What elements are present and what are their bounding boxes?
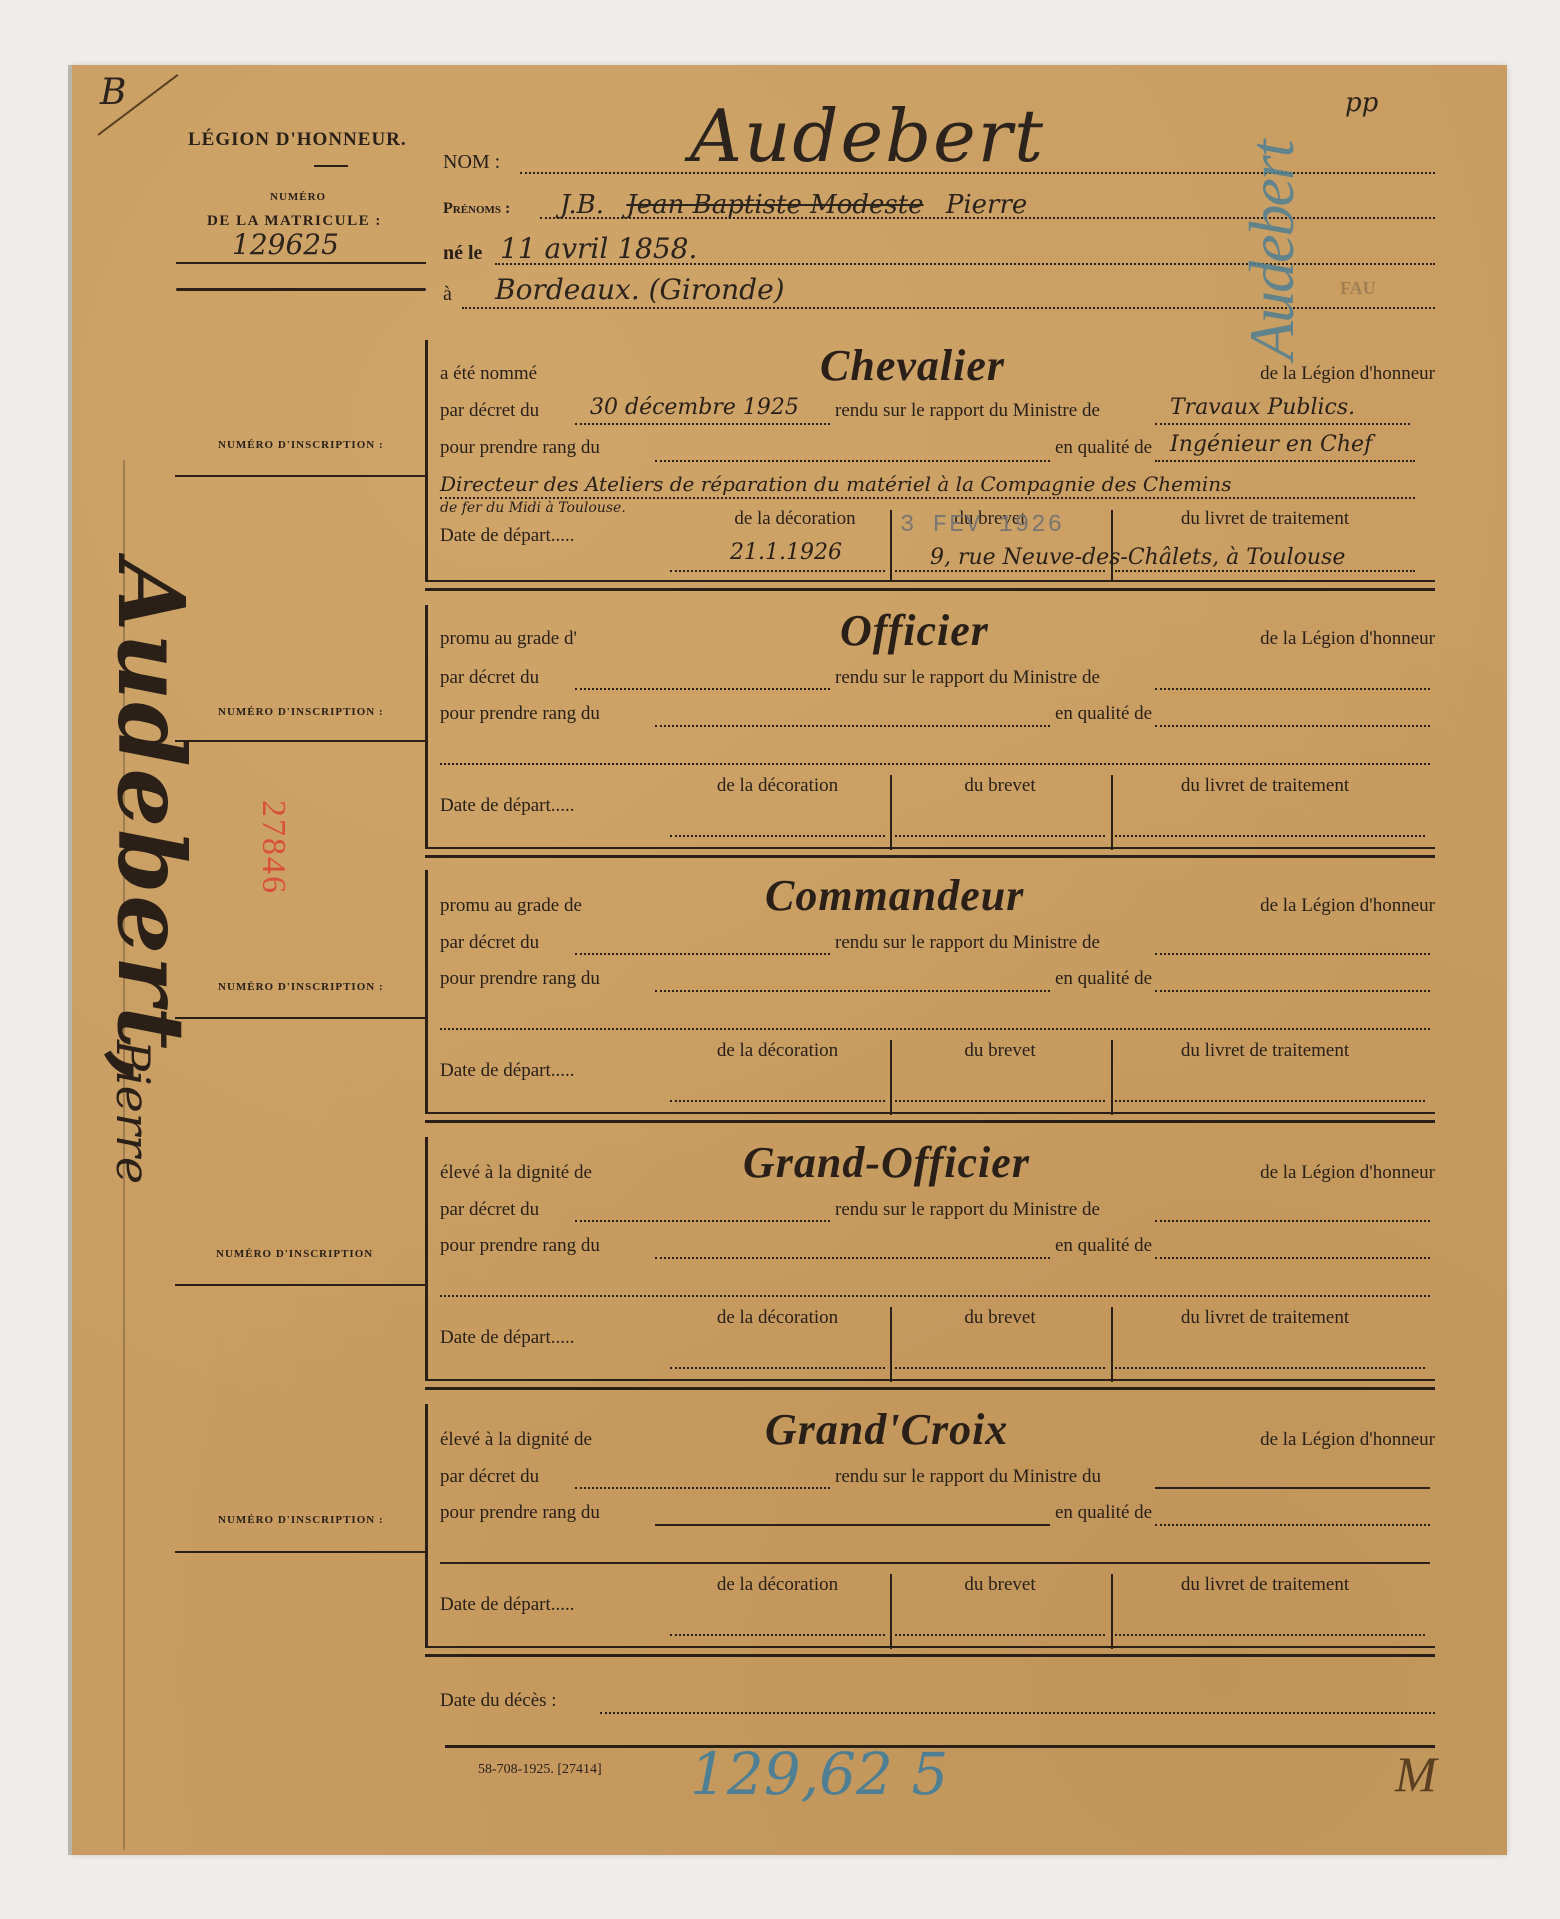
ministre-line [1155,1220,1430,1222]
inscription-line [175,1017,425,1019]
ministre-label: rendu sur le rapport du Ministre de [835,400,1100,422]
nom-value: Audebert [690,94,1045,178]
col-decoration: de la décoration [670,1307,885,1329]
rang-line [655,990,1050,992]
section-brace [425,1137,428,1379]
decret-line [575,423,830,425]
qualite-line [1155,1524,1430,1526]
red-inscription-number: 27846 [254,800,292,895]
col-brevet: du brevet [895,1574,1105,1596]
decret-line [575,688,830,690]
col-livret: du livret de traitement [1115,775,1415,797]
legion-suffix: de la Légion d'honneur [1260,628,1435,650]
rang-line [655,725,1050,727]
decret-line [575,953,830,955]
extra-line [440,763,1430,765]
matricule-value: 129625 [232,228,339,261]
col-decoration: de la décoration [695,508,895,530]
inscription-label: NUMÉRO D'INSCRIPTION [216,1248,373,1260]
brevet-line [895,835,1105,837]
col-decoration: de la décoration [670,1574,885,1596]
nom-label: NOM : [443,151,500,174]
ministre-line [1155,423,1410,425]
extra-line [440,1295,1430,1297]
legion-title: LÉGION D'HONNEUR. [188,129,407,151]
extra-line [440,1028,1430,1030]
col-separator [1111,1574,1113,1649]
rang-label: pour prendre rang du [440,968,600,990]
brevet-line [895,1367,1105,1369]
inscription-label: NUMÉRO D'INSCRIPTION : [218,706,384,718]
section-commandeur: promu au grade de Commandeur de la Légio… [425,870,1435,1120]
section-brace [425,1404,428,1646]
qualite-label: en qualité de [1055,437,1152,459]
section-prefix: promu au grade d' [440,628,577,650]
qualite-label: en qualité de [1055,1502,1152,1524]
ministre-label: rendu sur le rapport du Ministre du [835,1466,1101,1488]
prenoms-label: Prénoms : [443,200,510,218]
grade-title: Officier [840,605,989,656]
date-depart-label: Date de départ..... [440,1060,575,1082]
brevet-date-stamp: 3 FEV 1926 [900,512,1064,539]
qualite-label: en qualité de [1055,1235,1152,1257]
inscription-line [175,475,425,477]
ministre-line [1155,1487,1430,1489]
deces-label: Date du décès : [440,1690,557,1712]
title-divider [314,165,348,167]
section-grand-officier: élevé à la dignité de Grand-Officier de … [425,1137,1435,1387]
livret-line [1115,1634,1425,1636]
rang-label: pour prendre rang du [440,437,600,459]
col-livret: du livret de traitement [1115,1574,1415,1596]
section-prefix: élevé à la dignité de [440,1429,592,1451]
ministre-label: rendu sur le rapport du Ministre de [835,932,1100,954]
prenoms-struck: Jean Baptiste Modeste [626,190,923,220]
col-separator [1111,1040,1113,1115]
birth-place-label: à [443,283,452,306]
qualite-label: en qualité de [1055,703,1152,725]
section-brace [425,870,428,1112]
col-separator [890,775,892,850]
col-separator [1111,775,1113,850]
col-brevet: du brevet [895,1040,1105,1062]
inscription-line [175,1551,425,1553]
decoration-date-value: 21.1.1926 [730,540,842,565]
initial-mark: M [1395,1745,1437,1803]
section-officier: promu au grade d' Officier de la Légion … [425,605,1435,855]
matricule-underline [176,262,426,264]
section-grand-croix: élevé à la dignité de Grand'Croix de la … [425,1404,1435,1654]
date-depart-label: Date de départ..... [440,1327,575,1349]
decoration-line [670,1367,885,1369]
top-right-mark: pp [1345,88,1378,118]
col-separator [890,1574,892,1649]
col-separator [890,1040,892,1115]
col-livret: du livret de traitement [1125,508,1405,530]
col-separator [1111,1307,1113,1382]
decret-line [575,1220,830,1222]
decoration-line [670,1100,885,1102]
section-chevalier: a été nommé Chevalier de la Légion d'hon… [425,340,1435,590]
section-divider [425,847,1435,858]
col-separator [890,1307,892,1382]
qualite-continued-line [440,497,1415,499]
qualite-label: en qualité de [1055,968,1152,990]
livret-line [1115,835,1425,837]
decret-label: par décret du [440,1466,539,1488]
section-brace [425,605,428,847]
section-prefix: a été nommé [440,363,537,385]
grade-title: Grand'Croix [765,1404,1008,1455]
col-separator [890,510,892,582]
col-livret: du livret de traitement [1115,1307,1415,1329]
prenoms-prefix: J.B. [560,190,604,220]
qualite-line [1155,990,1430,992]
matricule-flourish [176,288,426,291]
decret-label: par décret du [440,932,539,954]
ministre-label: rendu sur le rapport du Ministre de [835,667,1100,689]
rang-label: pour prendre rang du [440,1235,600,1257]
decret-label: par décret du [440,667,539,689]
col-livret: du livret de traitement [1115,1040,1415,1062]
birth-date-value: 11 avril 1858. [500,232,697,265]
section-prefix: élevé à la dignité de [440,1162,592,1184]
decoration-line [670,835,885,837]
livret-line [1115,1367,1425,1369]
qualite-line [1155,460,1415,462]
qualite-value: Ingénieur en Chef [1170,432,1372,457]
col-decoration: de la décoration [670,1040,885,1062]
livret-line [1115,570,1415,572]
qualite-continued-2: de fer du Midi à Toulouse. [440,500,626,516]
corner-mark: B [100,72,126,113]
date-depart-label: Date de départ..... [440,525,575,547]
decret-line [575,1487,830,1489]
section-divider [425,580,1435,591]
decoration-line [670,1634,885,1636]
legion-suffix: de la Légion d'honneur [1260,1429,1435,1451]
prenoms-value: J.B. Jean Baptiste Modeste Pierre [560,190,1027,220]
blue-pencil-number: 129,62 5 [690,1740,948,1808]
rang-label: pour prendre rang du [440,1502,600,1524]
inscription-label: NUMÉRO D'INSCRIPTION : [218,981,384,993]
section-prefix: promu au grade de [440,895,582,917]
brevet-line [895,570,1105,572]
deces-line [600,1712,1435,1714]
grade-title: Grand-Officier [743,1137,1030,1188]
legion-suffix: de la Légion d'honneur [1260,1162,1435,1184]
prenoms-current: Pierre [946,190,1027,220]
ministre-line [1155,688,1430,690]
birth-place-value: Bordeaux. (Gironde) [495,273,785,306]
rang-line [655,460,1050,462]
faint-stamp: FAU [1340,278,1376,299]
inscription-label: NUMÉRO D'INSCRIPTION : [218,1514,384,1526]
rang-line [655,1257,1050,1259]
blue-pencil-signature: Audebert [1235,141,1309,360]
vertical-surname: Audebert, [97,560,205,1085]
qualite-continued: Directeur des Ateliers de réparation du … [440,472,1231,496]
legion-suffix: de la Légion d'honneur [1260,363,1435,385]
inscription-label: NUMÉRO D'INSCRIPTION : [218,439,384,451]
qualite-line [1155,725,1430,727]
date-depart-label: Date de départ..... [440,1594,575,1616]
section-brace [425,340,428,580]
inscription-line [175,1284,425,1286]
numero-label: NUMÉRO [270,191,326,203]
col-decoration: de la décoration [670,775,885,797]
decret-value: 30 décembre 1925 [590,395,799,420]
vertical-first-name: Pierre [106,1040,160,1184]
decret-label: par décret du [440,1199,539,1221]
section-divider [425,1379,1435,1390]
legion-suffix: de la Légion d'honneur [1260,895,1435,917]
section-divider [425,1646,1435,1657]
decret-label: par décret du [440,400,539,422]
livret-line [1115,1100,1425,1102]
extra-line [440,1562,1430,1564]
grade-title: Commandeur [765,870,1024,921]
col-brevet: du brevet [895,1307,1105,1329]
col-brevet: du brevet [895,775,1105,797]
ministre-line [1155,953,1430,955]
address-value: 9, rue Neuve-des-Châlets, à Toulouse [930,545,1345,570]
brevet-line [895,1634,1105,1636]
rang-line [655,1524,1050,1526]
brevet-line [895,1100,1105,1102]
rang-label: pour prendre rang du [440,703,600,725]
ministre-label: rendu sur le rapport du Ministre de [835,1199,1100,1221]
birth-date-label: né le [443,242,482,265]
date-depart-label: Date de départ..... [440,795,575,817]
inscription-line [175,740,425,742]
print-code: 58-708-1925. [27414] [478,1762,602,1778]
grade-title: Chevalier [820,340,1005,391]
section-divider [425,1112,1435,1123]
ministre-value: Travaux Publics. [1170,395,1355,420]
decoration-line [670,570,885,572]
qualite-line [1155,1257,1430,1259]
